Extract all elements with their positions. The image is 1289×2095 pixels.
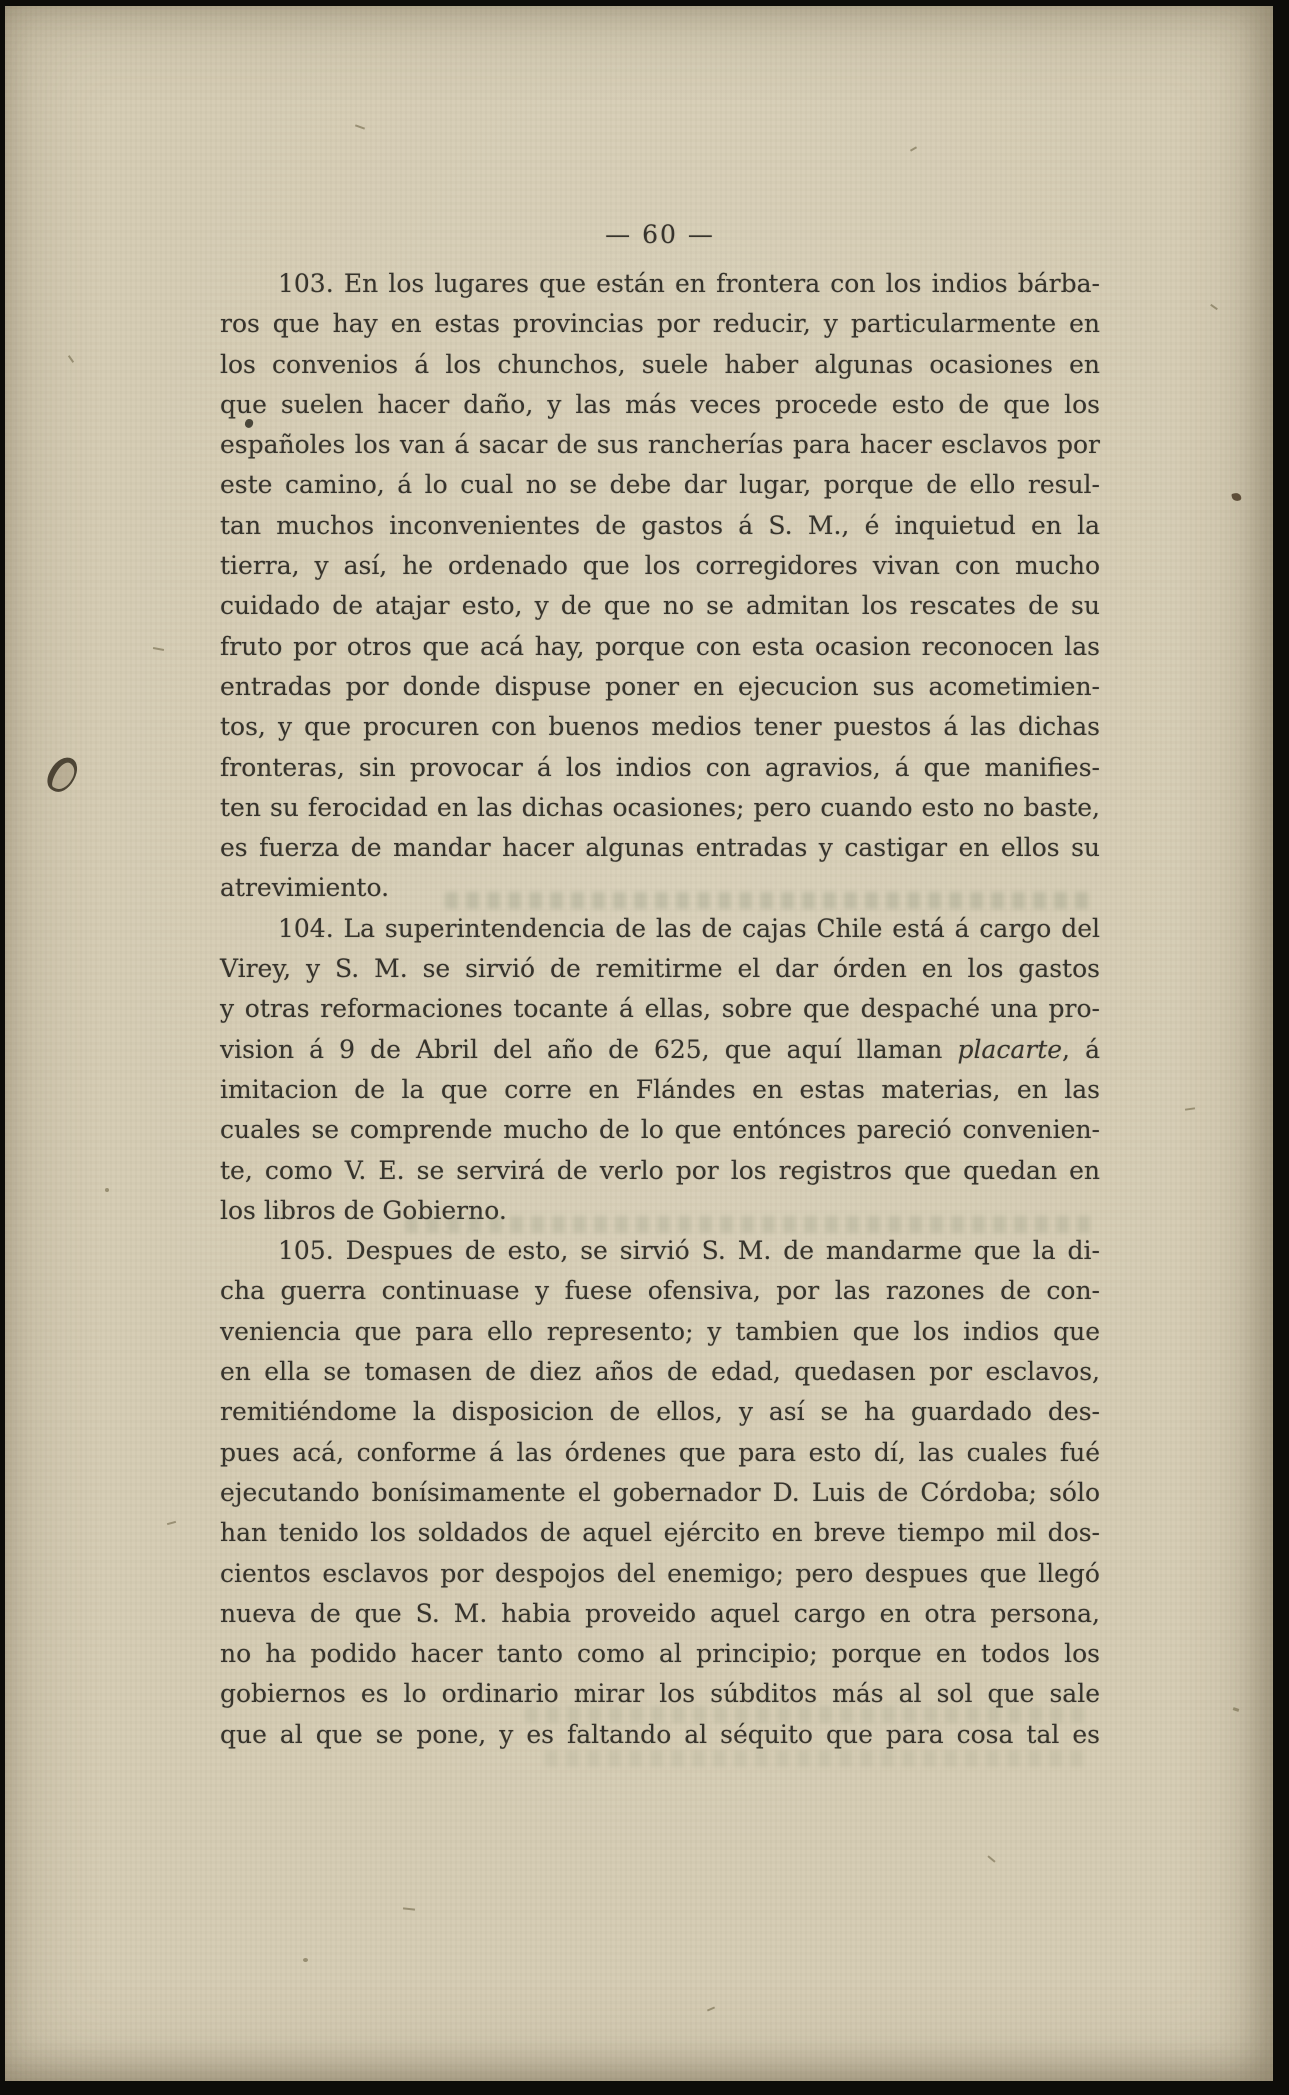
- text-line: Virey, y S. M. se sirvió de remitirme el…: [220, 949, 1100, 989]
- text-line: imitacion de la que corre en Flándes en …: [220, 1070, 1100, 1110]
- text-line: entradas por donde dispuse poner en ejec…: [220, 667, 1100, 707]
- paper-fiber: [167, 1521, 176, 1525]
- page-number: — 60 —: [220, 218, 1100, 252]
- text-line: y otras reformaciones tocante á ellas, s…: [220, 989, 1100, 1029]
- paper-fiber: [1210, 304, 1218, 310]
- paper-sheet: — 60 — 103. En los lugares que están en …: [5, 6, 1273, 2081]
- paragraph-105: 105. Despues de esto, se sirvió S. M. de…: [220, 1231, 1100, 1755]
- text-line: este camino, á lo cual no se debe dar lu…: [220, 465, 1100, 505]
- paper-fiber: [68, 355, 74, 363]
- text-line: ros que hay en estas provincias por redu…: [220, 304, 1100, 344]
- text-line: cientos esclavos por despojos del enemig…: [220, 1554, 1100, 1594]
- text-line: en ella se tomasen de diez años de edad,…: [220, 1352, 1100, 1392]
- text-line: han tenido los soldados de aquel ejércit…: [220, 1513, 1100, 1553]
- text-line: 103. En los lugares que están en fronter…: [220, 264, 1100, 304]
- text-line: cha guerra continuase y fuese ofensiva, …: [220, 1271, 1100, 1311]
- text-line: es fuerza de mandar hacer algunas entrad…: [220, 828, 1100, 868]
- paper-fiber: [355, 124, 365, 129]
- text-line: te, como V. E. se servirá de verlo por l…: [220, 1151, 1100, 1191]
- paper-fiber: [987, 1855, 995, 1862]
- show-through-text: [525, 1706, 1085, 1723]
- text-line: tierra, y así, he ordenado que los corre…: [220, 546, 1100, 586]
- text-line: ejecutando bonísimamente el gobernador D…: [220, 1473, 1100, 1513]
- text-line: nueva de que S. M. habia proveido aquel …: [220, 1594, 1100, 1634]
- text-line: cuales se comprende mucho de lo que entó…: [220, 1110, 1100, 1150]
- paper-fiber: [153, 647, 164, 651]
- ink-speck: [1231, 492, 1241, 502]
- text-line: 104. La superintendencia de las de cajas…: [220, 909, 1100, 949]
- paper-fiber: [1233, 1707, 1240, 1712]
- paragraph-104: 104. La superintendencia de las de cajas…: [220, 909, 1100, 1231]
- text-line: tan muchos inconvenientes de gastos á S.…: [220, 506, 1100, 546]
- paper-fiber: [910, 146, 917, 151]
- show-through-text: [445, 892, 1095, 909]
- paragraph-103: 103. En los lugares que están en fronter…: [220, 264, 1100, 909]
- text-line: vision á 9 de Abril del año de 625, que …: [220, 1030, 1100, 1070]
- paper-fiber: [105, 1188, 109, 1192]
- text-line: veniencia que para ello represento; y ta…: [220, 1312, 1100, 1352]
- paper-fiber: [707, 2006, 715, 2011]
- text-line: que suelen hacer daño, y las más veces p…: [220, 385, 1100, 425]
- show-through-text: [545, 1750, 1085, 1767]
- text-line: 105. Despues de esto, se sirvió S. M. de…: [220, 1231, 1100, 1271]
- paper-fiber: [303, 1958, 308, 1962]
- paper-fiber: [1185, 1107, 1195, 1110]
- scanned-book-page: { "colors": { "paper": "#d6cdb5", "ink":…: [0, 0, 1289, 2095]
- show-through-text: [405, 1216, 1095, 1233]
- text-line: cuidado de atajar esto, y de que no se a…: [220, 586, 1100, 626]
- ink-smudge: [43, 752, 82, 796]
- text-line: no ha podido hacer tanto como al princip…: [220, 1634, 1100, 1674]
- text-line: fruto por otros que acá hay, porque con …: [220, 627, 1100, 667]
- text-line: españoles los van á sacar de sus rancher…: [220, 425, 1100, 465]
- text-line: ten su ferocidad en las dichas ocasiones…: [220, 788, 1100, 828]
- text-line: remitiéndome la disposicion de ellos, y …: [220, 1392, 1100, 1432]
- text-block: 103. En los lugares que están en fronter…: [220, 264, 1100, 1755]
- text-line: fronteras, sin provocar á los indios con…: [220, 748, 1100, 788]
- text-line: tos, y que procuren con buenos medios te…: [220, 707, 1100, 747]
- text-line: los convenios á los chunchos, suele habe…: [220, 345, 1100, 385]
- text-line: pues acá, conforme á las órdenes que par…: [220, 1433, 1100, 1473]
- paper-fiber: [403, 1907, 415, 1910]
